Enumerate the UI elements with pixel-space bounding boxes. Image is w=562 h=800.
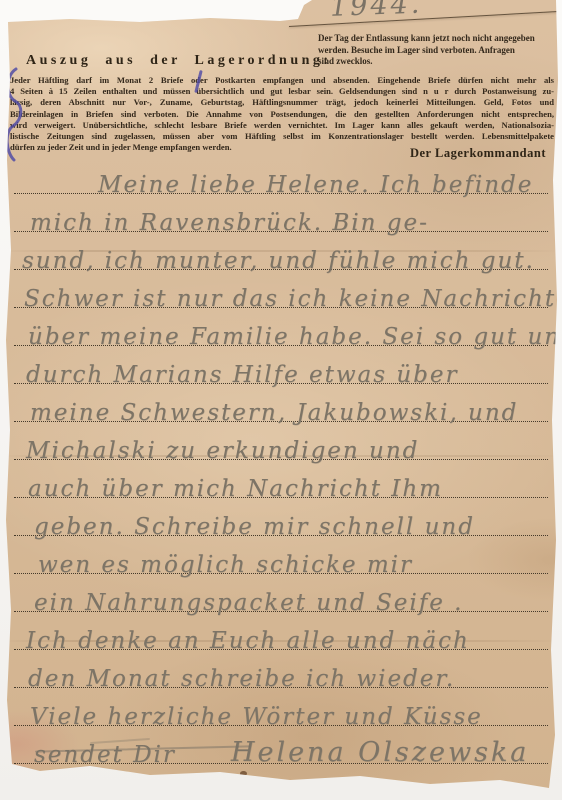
release-notice: Der Tag der Entlassung kann jetzt noch n… <box>318 33 558 68</box>
letter-line: Meine liebe Helene. Ich befinde <box>14 156 548 194</box>
letter-line: mich in Ravensbrück. Bin ge- <box>14 194 548 232</box>
regulations-line: listische Zeitungen sind zugelassen, müs… <box>10 131 554 142</box>
regulations-line: 4 Seiten à 15 Zeilen enthalten und müsse… <box>10 86 554 97</box>
release-notice-line: Der Tag der Entlassung kann jetzt noch n… <box>318 33 558 45</box>
regulations-paragraph: Jeder Häftling darf im Monat 2 Briefe od… <box>10 75 554 153</box>
regulations-line: Bildereinlagen in Briefen sind verboten.… <box>10 109 554 120</box>
letter-line: Ich denke an Euch alle und näch <box>14 612 548 650</box>
letter-line: durch Marians Hilfe etwas über <box>14 346 548 384</box>
letter-line: wen es möglich schicke mir <box>14 536 548 574</box>
letter-line: ein Nahrungspacket und Seife . <box>14 574 548 612</box>
regulations-line: wird verweigert. Unübersichtliche, schle… <box>10 120 554 131</box>
scanned-letter: 1944. Der Tag der Entlassung kann jetzt … <box>0 0 562 800</box>
handwritten-letter-body: Meine liebe Helene. Ich befinde mich in … <box>14 156 548 764</box>
closing-words: sendet Dir <box>34 742 176 768</box>
letter-line: geben. Schreibe mir schnell und <box>14 498 548 536</box>
letter-line: den Monat schreibe ich wieder. <box>14 650 548 688</box>
camp-letter-page: 1944. Der Tag der Entlassung kann jetzt … <box>0 0 562 800</box>
sender-signature: Helena Olszewska <box>231 737 529 768</box>
letter-line: Viele herzliche Wörter und Küsse <box>14 688 548 726</box>
ink-stain <box>240 771 247 776</box>
letter-closing-line: sendet Dir Helena Olszewska <box>14 726 548 764</box>
release-notice-line: sind zwecklos. <box>318 56 558 68</box>
release-notice-line: werden. Besuche im Lager sind verboten. … <box>318 45 558 57</box>
letter-line: Schwer ist nur das ich keine Nachricht <box>14 270 548 308</box>
regulations-line: Jeder Häftling darf im Monat 2 Briefe od… <box>10 75 554 86</box>
letter-line: sund, ich munter, und fühle mich gut. <box>14 232 548 270</box>
letter-line: meine Schwestern, Jakubowski, und <box>14 384 548 422</box>
letter-line: Michalski zu erkundigen und <box>14 422 548 460</box>
handwritten-date-fragment: 1944. <box>330 0 551 23</box>
regulations-heading: Auszug aus der Lagerordnung: <box>26 53 332 69</box>
blue-pencil-margin-mark <box>1 66 31 166</box>
regulations-line: lässig, deren Abschnitt nur Vor-, Zuname… <box>10 97 554 108</box>
letter-line: auch über mich Nachricht Ihm <box>14 460 548 498</box>
letter-line: über meine Familie habe. Sei so gut und <box>14 308 548 346</box>
